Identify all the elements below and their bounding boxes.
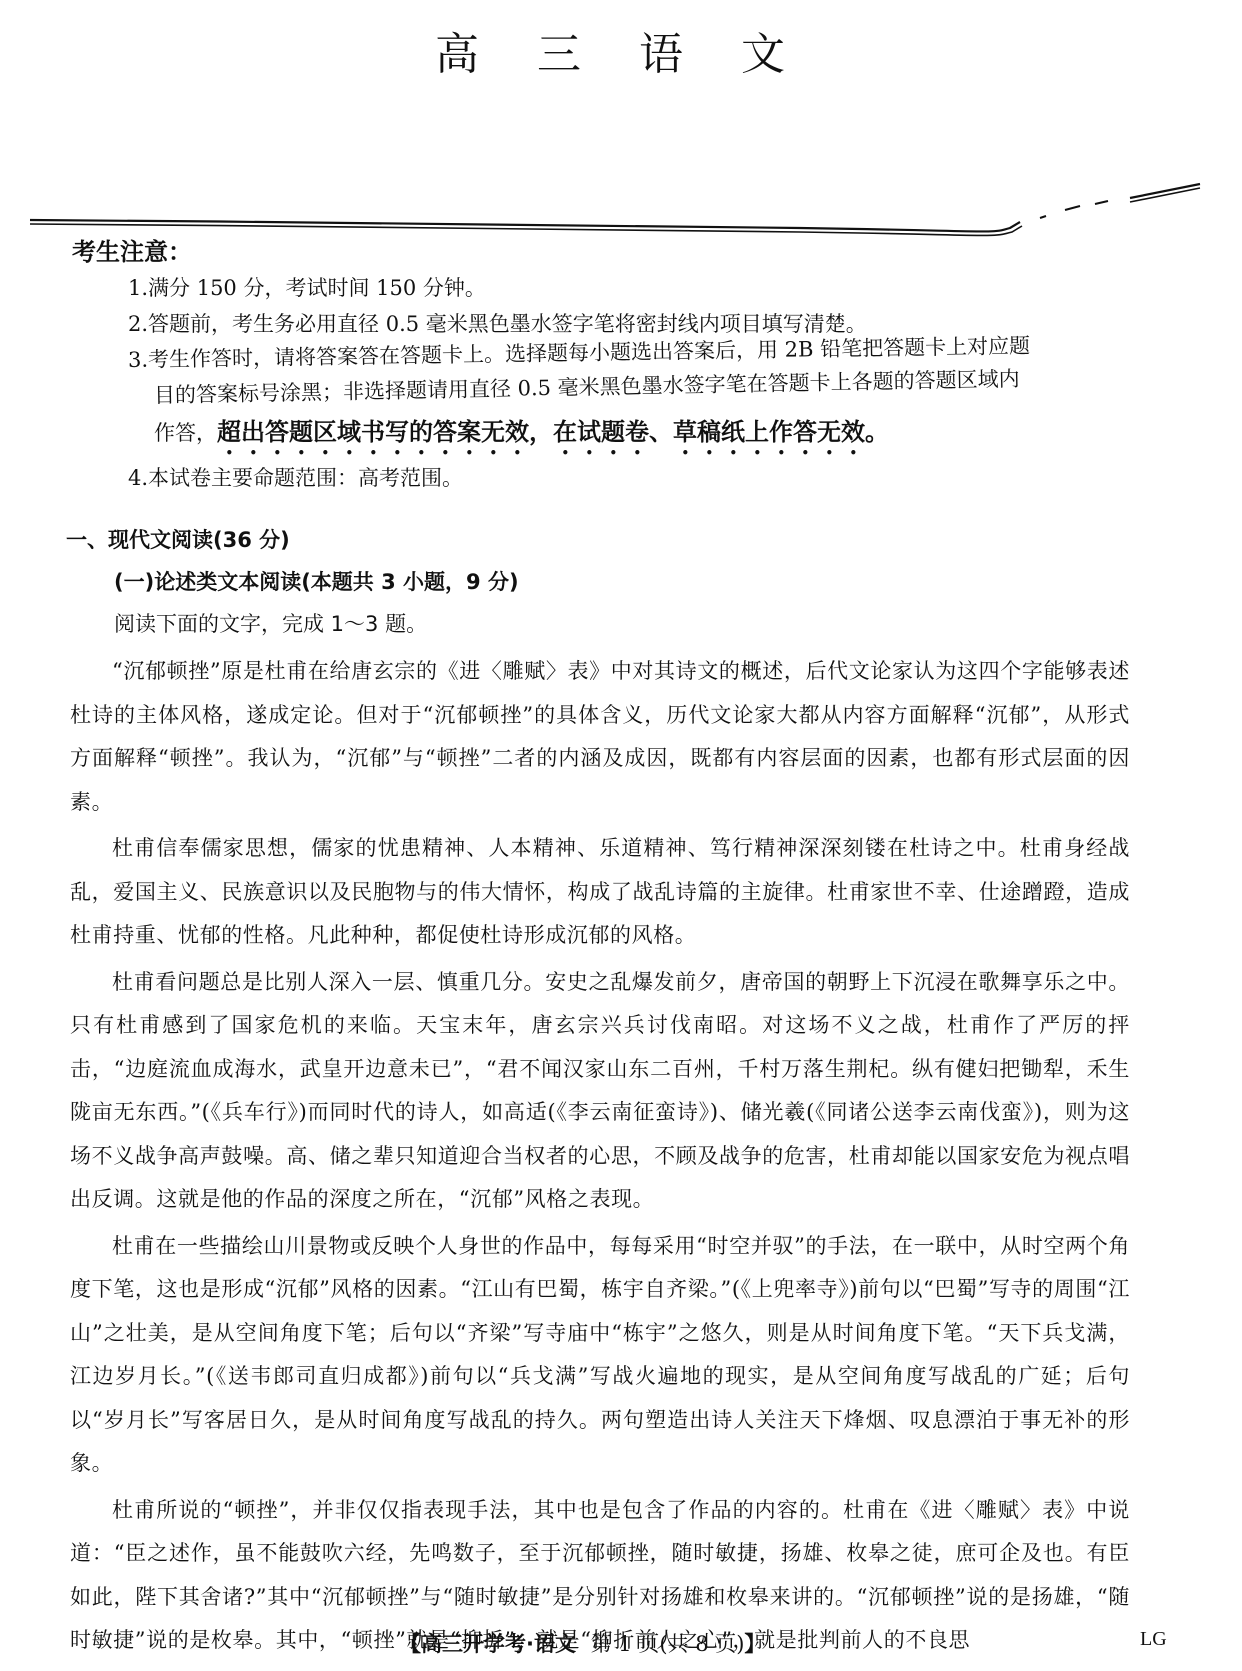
notice-item-3-warning: 作答，超出答题区域书写的答案无效，在试题卷、草稿纸上作答无效。 [128,414,1208,460]
footer-code: LG [1140,1628,1167,1651]
notice-item-4: 4.本试卷主要命题范围：高考范围。 [128,460,1208,496]
section-heading: 一、现代文阅读(36 分) [66,524,290,554]
page-footer: 【高三开学考·语文 第 1 页(共 8 页)】 LG [0,1628,1242,1662]
notice-warning-emphasis: 超出答题区域书写的答案无效，在试题卷、草稿纸上作答无效。 [217,418,889,446]
footer-exam-label: 【高三开学考·语文 [400,1632,576,1656]
reading-instruction: 阅读下面的文字，完成 1～3 题。 [114,608,427,638]
passage-paragraph-1: “沉郁顿挫”原是杜甫在给唐玄宗的《进〈雕赋〉表》中对其诗文的概述，后代文论家认为… [70,650,1130,824]
footer-page-number: 第 1 页(共 8 页) [591,1632,745,1656]
passage-paragraph-2: 杜甫信奉儒家思想，儒家的忧患精神、人本精神、乐道精神、笃行精神深深刻镂在杜诗之中… [70,827,1130,958]
exam-title: 高 三 语 文 [0,18,1242,82]
subsection-heading: (一)论述类文本阅读(本题共 3 小题，9 分) [114,566,519,596]
footer-exam-info: 【高三开学考·语文 第 1 页(共 8 页)】 [400,1628,765,1658]
notice-list: 1.满分 150 分，考试时间 150 分钟。 2.答题前，考生务必用直径 0.… [128,270,1208,496]
passage-paragraph-3: 杜甫看问题总是比别人深入一层、慎重几分。安史之乱爆发前夕，唐帝国的朝野上下沉浸在… [70,961,1130,1222]
footer-close-bracket: 】 [744,1632,765,1656]
notice-heading: 考生注意： [72,232,192,267]
seal-line-divider [0,170,1242,240]
notice-item-1: 1.满分 150 分，考试时间 150 分钟。 [128,270,1208,306]
reading-passage: “沉郁顿挫”原是杜甫在给唐玄宗的《进〈雕赋〉表》中对其诗文的概述，后代文论家认为… [70,650,1130,1666]
passage-paragraph-4: 杜甫在一些描绘山川景物或反映个人身世的作品中，每每采用“时空并驭”的手法，在一联… [70,1225,1130,1486]
notice-warning-prefix: 作答， [154,421,217,445]
